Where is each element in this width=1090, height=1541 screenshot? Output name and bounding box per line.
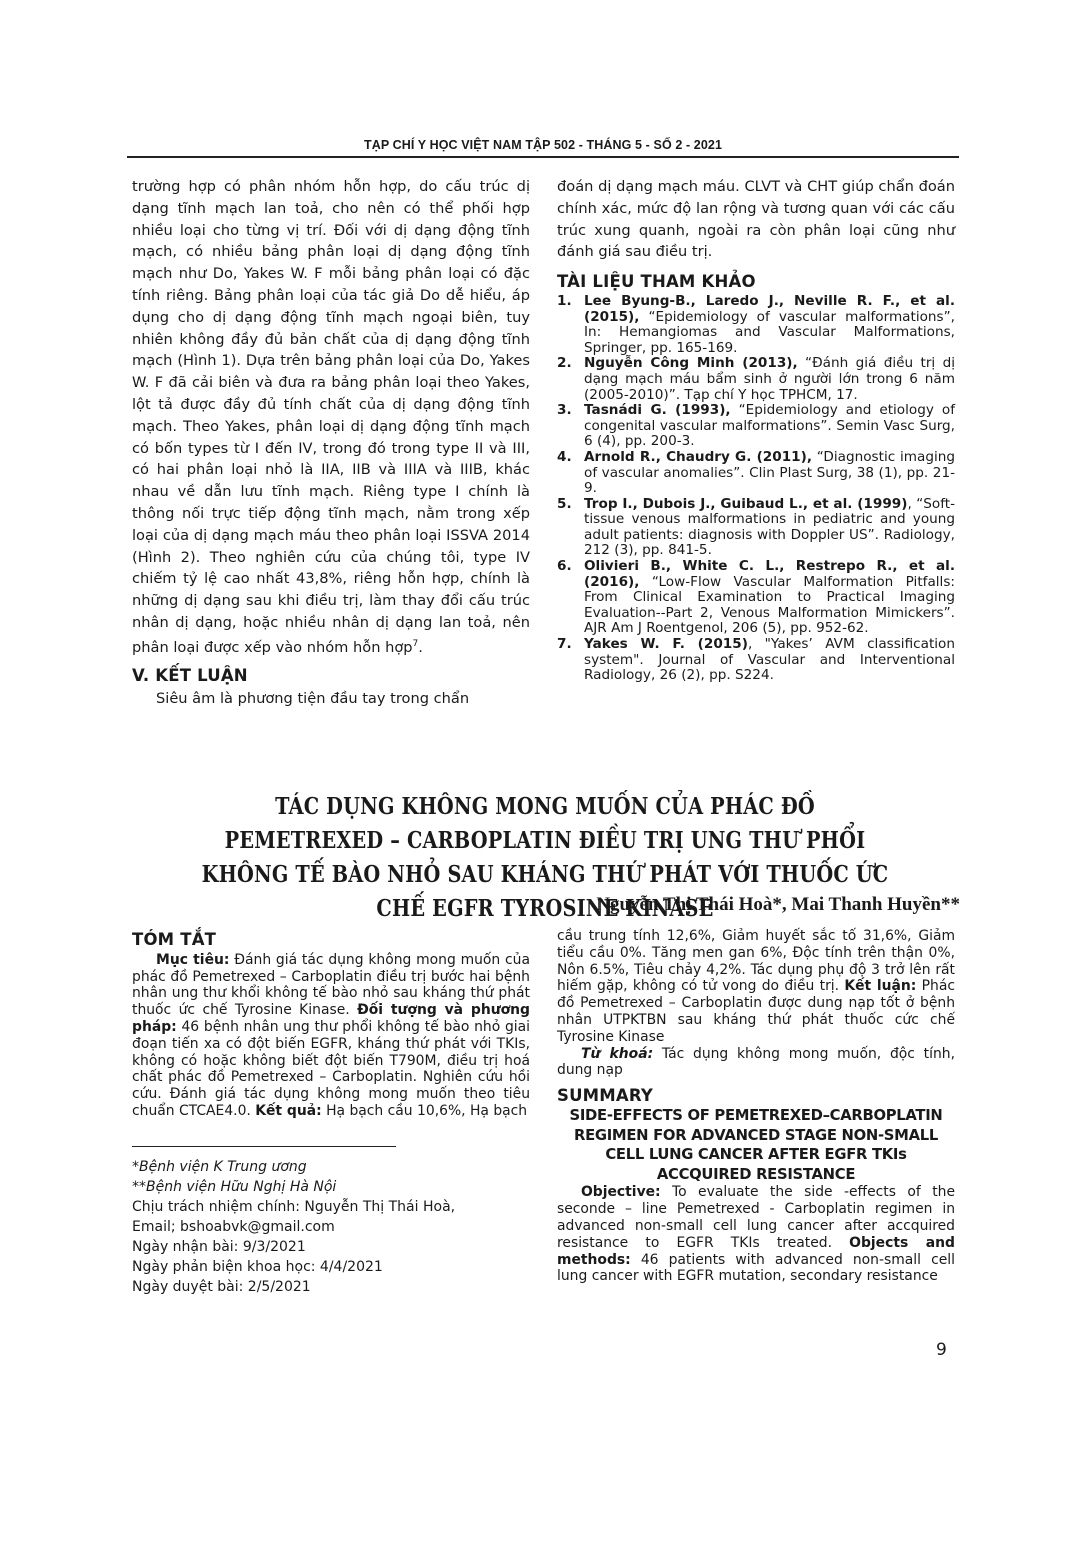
abstract-left-column: TÓM TẮT Mục tiêu: Đánh giá tác dụng khôn… — [132, 932, 530, 1297]
conclusion-continued-paragraph: đoán dị dạng mạch máu. CLVT và CHT giúp … — [557, 176, 955, 263]
affiliation-1: *Bệnh viện K Trung ương — [132, 1157, 530, 1177]
discussion-paragraph: trường hợp có phân nhóm hỗn hợp, do cấu … — [132, 176, 530, 658]
summary-title: SIDE-EFFECTS OF PEMETREXED–CARBOPLATIN R… — [557, 1106, 955, 1184]
article-authors: Nguyễn Thị Thái Hoà*, Mai Thanh Huyền** — [400, 894, 960, 916]
footnote-divider — [132, 1146, 396, 1147]
header-divider — [127, 156, 959, 158]
reference-item: 1.Lee Byung-B., Laredo J., Neville R. F.… — [557, 294, 955, 356]
summary-heading: SUMMARY — [557, 1088, 955, 1105]
reference-item: 3.Tasnádi G. (1993), “Epidemiology and e… — [557, 403, 955, 450]
conclusion-paragraph: Siêu âm là phương tiện đầu tay trong chẩ… — [132, 688, 530, 710]
summary-paragraph: Objective: To evaluate the side -effects… — [557, 1184, 955, 1285]
responsible-author: Chịu trách nhiệm chính: Nguyễn Thị Thái … — [132, 1197, 530, 1217]
abstract-continued-paragraph: cầu trung tính 12,6%, Giảm huyết sắc tố … — [557, 928, 955, 1046]
previous-article-right-column: đoán dị dạng mạch máu. CLVT và CHT giúp … — [557, 176, 955, 684]
page-number: 9 — [936, 1340, 947, 1360]
abstract-right-column: cầu trung tính 12,6%, Giảm huyết sắc tố … — [557, 928, 955, 1285]
conclusion-heading: V. KẾT LUẬN — [132, 665, 530, 687]
reference-list: 1.Lee Byung-B., Laredo J., Neville R. F.… — [557, 294, 955, 684]
date-received: Ngày nhận bài: 9/3/2021 — [132, 1237, 530, 1257]
author-email: Email; bshoabvk@gmail.com — [132, 1217, 530, 1237]
date-reviewed: Ngày phản biện khoa học: 4/4/2021 — [132, 1257, 530, 1277]
abstract-heading: TÓM TẮT — [132, 932, 530, 949]
affiliation-2: **Bệnh viện Hữu Nghị Hà Nội — [132, 1177, 530, 1197]
footnotes: *Bệnh viện K Trung ương **Bệnh viện Hữu … — [132, 1157, 530, 1297]
date-approved: Ngày duyệt bài: 2/5/2021 — [132, 1277, 530, 1297]
running-header: TẠP CHÍ Y HỌC VIỆT NAM TẬP 502 - THÁNG 5… — [127, 138, 959, 152]
reference-item: 4.Arnold R., Chaudry G. (2011), “Diagnos… — [557, 450, 955, 497]
reference-item: 2.Nguyễn Công Minh (2013), “Đánh giá điề… — [557, 356, 955, 403]
references-heading: TÀI LIỆU THAM KHẢO — [557, 271, 955, 293]
journal-page: TẠP CHÍ Y HỌC VIỆT NAM TẬP 502 - THÁNG 5… — [0, 0, 1090, 1541]
reference-item: 6.Olivieri B., White C. L., Restrepo R.,… — [557, 559, 955, 637]
keywords: Từ khoá: Tác dụng không mong muốn, độc t… — [557, 1046, 955, 1080]
abstract-paragraph: Mục tiêu: Đánh giá tác dụng không mong m… — [132, 952, 530, 1120]
reference-item: 5.Trop I., Dubois J., Guibaud L., et al.… — [557, 497, 955, 559]
previous-article-left-column: trường hợp có phân nhóm hỗn hợp, do cấu … — [132, 176, 530, 710]
reference-item: 7.Yakes W. F. (2015), "Yakes’ AVM classi… — [557, 637, 955, 684]
